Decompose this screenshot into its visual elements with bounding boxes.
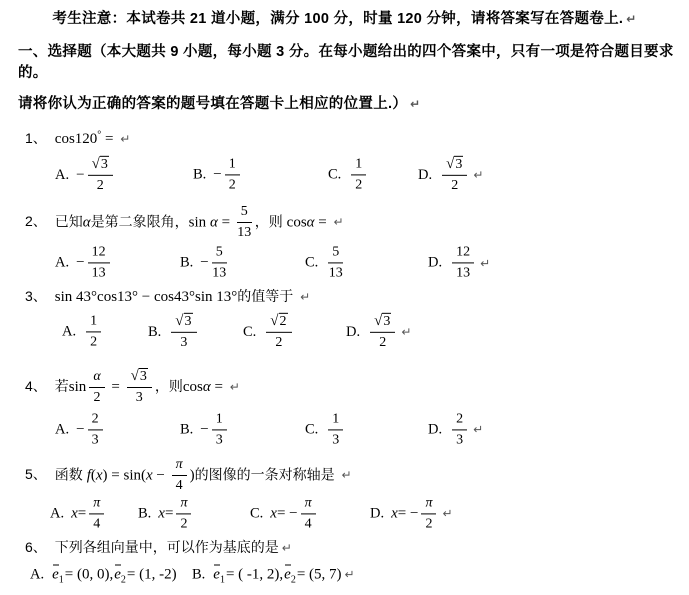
text-run: 是第二象限角， — [91, 213, 189, 229]
math-run: cos120 — [55, 131, 98, 147]
radicand: 2 — [279, 313, 288, 329]
math-variable: x — [391, 505, 398, 522]
option-label: B. — [180, 255, 193, 272]
vector: e2 — [284, 564, 296, 585]
fraction-numerator: 1 — [225, 156, 240, 175]
fraction-denominator: 4 — [301, 514, 316, 532]
fraction-numerator: 5 — [212, 245, 227, 264]
fraction: 13 — [328, 411, 343, 448]
fraction: 12 — [86, 314, 101, 351]
option-label: C. — [243, 324, 256, 341]
vector-subscript: 2 — [121, 574, 126, 585]
option: A.−√32 — [55, 156, 116, 194]
fraction-denominator: 2 — [86, 333, 101, 351]
section-intro-text-2: 请将你认为正确的答案的题号填在答题卡上相应的位置上.） — [18, 96, 407, 112]
option: C.13 — [305, 411, 346, 448]
math-variable: α — [307, 214, 315, 230]
vector-base: e — [114, 564, 121, 583]
options-row: A.−√32B.−12C.12D.√32↵ — [0, 150, 689, 200]
fraction-denominator: 13 — [212, 264, 227, 282]
fraction: 513 — [328, 245, 343, 282]
option: B.√33 — [148, 313, 200, 351]
math-run: = (5, 7) — [297, 566, 342, 583]
math-run: = ( -1, 2) — [226, 566, 279, 583]
radical-sign: √ — [92, 156, 100, 172]
math-run: sin 43°cos13° − cos43°sin 13° — [55, 289, 237, 305]
exam-notice: 考生注意：本试卷共 21 道小题，满分 100 分，时量 120 分钟，请将答案… — [0, 0, 689, 29]
math-variable: α — [210, 214, 218, 230]
vector-base: e — [284, 564, 291, 583]
radicand: 3 — [139, 368, 148, 384]
math-run: , — [109, 566, 113, 583]
question-number: 4、 — [25, 378, 47, 394]
math-run: = (1, -2) — [127, 566, 177, 583]
option-label: A. — [62, 324, 76, 341]
radicand: 3 — [382, 313, 391, 329]
option: A.12 — [62, 314, 104, 351]
radical-sign: √ — [270, 313, 278, 329]
vector-subscript: 1 — [220, 574, 225, 585]
question-stem: 2、已知α是第二象限角，sin α = 513，则 cosα = ↵ — [0, 204, 689, 241]
fraction-denominator: 2 — [421, 514, 436, 532]
fraction-denominator: 2 — [176, 514, 191, 532]
radical-sign: √ — [131, 368, 139, 384]
option-label: D. — [418, 167, 432, 184]
text-run: 下列各组向量中，可以作为基底的是 — [55, 539, 279, 555]
option-label: A. — [55, 255, 69, 272]
option: B.−12 — [193, 156, 243, 193]
paragraph-mark: ↵ — [473, 168, 483, 182]
option: B.x = π2 — [138, 495, 194, 532]
math-run: = — [101, 131, 117, 147]
fraction-numerator: √3 — [171, 313, 196, 333]
paragraph-mark: ↵ — [345, 568, 355, 582]
option-label: C. — [250, 505, 263, 522]
math-run: = (0, 0) — [65, 566, 110, 583]
fraction-numerator: α — [89, 369, 104, 388]
paragraph-mark: ↵ — [342, 468, 352, 482]
fraction-numerator: π — [421, 495, 436, 514]
paragraph-mark: ↵ — [442, 507, 452, 521]
math-run: = — [315, 214, 331, 230]
fraction: π2 — [176, 495, 191, 532]
section-intro-line2: 请将你认为正确的答案的题号填在答题卡上相应的位置上.）↵ — [0, 94, 689, 115]
paragraph-mark: ↵ — [230, 380, 240, 394]
math-run: − — [200, 421, 208, 438]
paragraph-mark: ↵ — [410, 97, 420, 111]
question: 3、sin 43°cos13° − cos43°sin 13°的值等于 ↵A.1… — [0, 285, 689, 356]
option: D.x = −π2↵ — [370, 495, 453, 532]
fraction: √33 — [171, 313, 196, 351]
math-run: sin — [69, 379, 87, 395]
question: 5、函数 f(x) = sin(x − π4)的图像的一条对称轴是 ↵A.x =… — [0, 457, 689, 534]
option: D.√32↵ — [418, 156, 483, 194]
option: A.x = π4 — [50, 495, 107, 532]
options-row: A.x = π4B.x = π2C.x = −π4D.x = −π2↵ — [0, 494, 689, 534]
fraction-numerator: 12 — [88, 245, 110, 264]
question-stem: 5、函数 f(x) = sin(x − π4)的图像的一条对称轴是 ↵ — [0, 457, 689, 494]
fraction: 12 — [225, 156, 240, 193]
fraction-numerator: π — [89, 495, 104, 514]
fraction: 12 — [351, 156, 366, 193]
math-run: cos — [183, 379, 203, 395]
fraction-denominator: 13 — [452, 264, 474, 282]
option-label: C. — [305, 421, 318, 438]
paragraph-mark: ↵ — [626, 12, 636, 26]
fraction-denominator: 2 — [89, 388, 104, 406]
vector: e2 — [114, 564, 126, 585]
fraction: π4 — [301, 495, 316, 532]
text-run: 的图像的一条对称轴是 — [195, 466, 339, 482]
question: 6、下列各组向量中，可以作为基底的是↵A.e1 = (0, 0) ,e2 = (… — [0, 536, 689, 591]
vector-subscript: 1 — [59, 574, 64, 585]
text-run: ，则 — [255, 213, 287, 229]
fraction-numerator: 1 — [86, 314, 101, 333]
text-run: ，则 — [155, 378, 183, 394]
section-intro-text-1: 一、选择题（本大题共 9 小题，每小题 3 分。在每小题给出的四个答案中，只有一… — [18, 44, 674, 81]
fraction-numerator: √3 — [88, 156, 113, 176]
option: D.√32↵ — [346, 313, 411, 351]
option: A.−23 — [55, 411, 106, 448]
math-run: , — [279, 566, 283, 583]
math-variable: α — [83, 214, 91, 230]
exam-notice-text: 考生注意：本试卷共 21 道小题，满分 100 分，时量 120 分钟，请将答案… — [52, 11, 623, 27]
math-variable: x — [71, 505, 78, 522]
math-variable: α — [203, 379, 211, 395]
text-run: 函数 — [55, 466, 87, 482]
math-run: − — [213, 167, 221, 184]
option: D.1213↵ — [428, 245, 490, 282]
option: D.23↵ — [428, 411, 483, 448]
math-variable: x — [270, 505, 277, 522]
option: B.−513 — [180, 245, 230, 282]
fraction: α2 — [89, 369, 104, 406]
paragraph-mark: ↵ — [401, 325, 411, 339]
fraction-denominator: 3 — [127, 388, 152, 406]
fraction-denominator: 13 — [328, 264, 343, 282]
options-row: A.12B.√33C.√22D.√32↵ — [0, 308, 689, 356]
math-run: − — [200, 255, 208, 272]
radical-sign: √ — [175, 313, 183, 329]
option-label: D. — [428, 421, 442, 438]
fraction-denominator: 2 — [351, 176, 366, 194]
question-number: 1、 — [25, 130, 47, 146]
option: A.−1213 — [55, 245, 113, 282]
fraction: 1213 — [88, 245, 110, 282]
vector-base: e — [213, 564, 220, 583]
option-label: D. — [428, 255, 442, 272]
option: C.√22 — [243, 313, 295, 351]
options-row: A.−1213B.−513C.513D.1213↵ — [0, 241, 689, 285]
fraction-numerator: √2 — [266, 313, 291, 333]
math-run: sin — [189, 214, 210, 230]
question: 2、已知α是第二象限角，sin α = 513，则 cosα = ↵A.−121… — [0, 204, 689, 285]
math-run: = — [78, 505, 86, 522]
fraction: 23 — [452, 411, 467, 448]
question: 4、若sinα2 = √33，则cosα = ↵A.−23B.−13C.13D.… — [0, 368, 689, 452]
fraction-denominator: 3 — [171, 333, 196, 351]
option-label: A. — [55, 167, 69, 184]
question-number: 5、 — [25, 466, 47, 482]
fraction-numerator: π — [172, 457, 187, 476]
paragraph-mark: ↵ — [334, 215, 344, 229]
fraction-denominator: 2 — [88, 176, 113, 194]
question-number: 2、 — [25, 213, 47, 229]
fraction: π2 — [421, 495, 436, 532]
options-row: A.−23B.−13C.13D.23↵ — [0, 407, 689, 453]
fraction-denominator: 13 — [237, 223, 252, 241]
paragraph-mark: ↵ — [473, 423, 483, 437]
fraction-denominator: 3 — [212, 430, 227, 448]
fraction-numerator: 2 — [88, 411, 103, 430]
math-run: = — [211, 379, 227, 395]
fraction: √22 — [266, 313, 291, 351]
fraction: π4 — [89, 495, 104, 532]
fraction-denominator: 3 — [328, 430, 343, 448]
option-label: B. — [193, 167, 206, 184]
fraction: 513 — [212, 245, 227, 282]
fraction: √33 — [127, 368, 152, 406]
option: C.x = −π4 — [250, 495, 319, 532]
section-intro-line1: 一、选择题（本大题共 9 小题，每小题 3 分。在每小题给出的四个答案中，只有一… — [0, 42, 689, 84]
questions-list: 1、cos120° = ↵A.−√32B.−12C.12D.√32↵2、已知α是… — [0, 127, 689, 591]
question-stem: 1、cos120° = ↵ — [0, 127, 689, 150]
option-label: B. — [180, 421, 193, 438]
option-label: C. — [328, 167, 341, 184]
fraction-denominator: 2 — [266, 333, 291, 351]
option-label: B. — [148, 324, 161, 341]
fraction-denominator: 3 — [88, 430, 103, 448]
document-page: 考生注意：本试卷共 21 道小题，满分 100 分，时量 120 分钟，请将答案… — [0, 0, 689, 595]
question-stem: 3、sin 43°cos13° − cos43°sin 13°的值等于 ↵ — [0, 285, 689, 308]
paragraph-mark: ↵ — [120, 132, 130, 146]
option-label: A. — [30, 566, 44, 583]
text-run: 的值等于 — [237, 288, 297, 304]
fraction-numerator: 12 — [452, 245, 474, 264]
option-label: B. — [138, 505, 151, 522]
fraction-numerator: 1 — [328, 411, 343, 430]
radicand: 3 — [184, 313, 193, 329]
math-run: cos — [287, 214, 307, 230]
vector-subscript: 2 — [291, 574, 296, 585]
fraction-numerator: √3 — [442, 156, 467, 176]
text-run: 若 — [55, 378, 69, 394]
fraction-denominator: 4 — [89, 514, 104, 532]
fraction: √32 — [88, 156, 113, 194]
option: B.−13 — [180, 411, 230, 448]
math-run: = — [165, 505, 173, 522]
fraction: 513 — [237, 204, 252, 241]
math-run: − — [76, 255, 84, 272]
options-row: A.e1 = (0, 0) ,e2 = (1, -2)B.e1 = ( -1, … — [0, 559, 689, 591]
math-variable: x — [146, 467, 153, 483]
fraction: π4 — [172, 457, 187, 494]
question-stem: 4、若sinα2 = √33，则cosα = ↵ — [0, 368, 689, 406]
paragraph-mark: ↵ — [300, 290, 310, 304]
fraction-numerator: √3 — [127, 368, 152, 388]
math-run: − — [153, 467, 169, 483]
math-run: − — [76, 167, 84, 184]
vector: e1 — [52, 564, 64, 585]
option: C.12 — [328, 156, 369, 193]
fraction: 13 — [212, 411, 227, 448]
math-run: = − — [277, 505, 298, 522]
fraction-numerator: √3 — [370, 313, 395, 333]
option-label: A. — [55, 421, 69, 438]
fraction-numerator: 5 — [328, 245, 343, 264]
vector-base: e — [52, 564, 59, 583]
fraction: √32 — [370, 313, 395, 351]
math-run: − — [76, 421, 84, 438]
fraction-numerator: 1 — [351, 156, 366, 175]
option: B.e1 = ( -1, 2) ,e2 = (5, 7)↵ — [192, 564, 355, 585]
paragraph-mark: ↵ — [282, 541, 292, 555]
fraction-numerator: 1 — [212, 411, 227, 430]
fraction-numerator: π — [176, 495, 191, 514]
fraction: 23 — [88, 411, 103, 448]
vector: e1 — [213, 564, 225, 585]
question-stem: 6、下列各组向量中，可以作为基底的是↵ — [0, 536, 689, 559]
option: A.e1 = (0, 0) ,e2 = (1, -2) — [30, 564, 177, 585]
math-run: ) = sin( — [103, 467, 146, 483]
math-run: = — [218, 214, 234, 230]
radicand: 3 — [100, 156, 109, 172]
option-label: C. — [305, 255, 318, 272]
option-label: D. — [346, 324, 360, 341]
question-number: 3、 — [25, 288, 47, 304]
math-run: = − — [398, 505, 419, 522]
fraction: 1213 — [452, 245, 474, 282]
fraction-denominator: 2 — [442, 176, 467, 194]
radicand: 3 — [454, 156, 463, 172]
option-label: B. — [192, 566, 205, 583]
fraction-denominator: 3 — [452, 430, 467, 448]
math-variable: x — [158, 505, 165, 522]
option-label: A. — [50, 505, 64, 522]
math-run: = — [108, 379, 124, 395]
fraction-denominator: 4 — [172, 476, 187, 494]
option: C.513 — [305, 245, 346, 282]
fraction-denominator: 2 — [225, 176, 240, 194]
fraction-denominator: 2 — [370, 333, 395, 351]
question: 1、cos120° = ↵A.−√32B.−12C.12D.√32↵ — [0, 127, 689, 200]
option-label: D. — [370, 505, 384, 522]
paragraph-mark: ↵ — [480, 256, 490, 270]
fraction: √32 — [442, 156, 467, 194]
fraction-denominator: 13 — [88, 264, 110, 282]
fraction-numerator: 2 — [452, 411, 467, 430]
text-run: 已知 — [55, 213, 83, 229]
fraction-numerator: 5 — [237, 204, 252, 223]
question-number: 6、 — [25, 539, 47, 555]
fraction-numerator: π — [301, 495, 316, 514]
math-variable: x — [96, 467, 103, 483]
